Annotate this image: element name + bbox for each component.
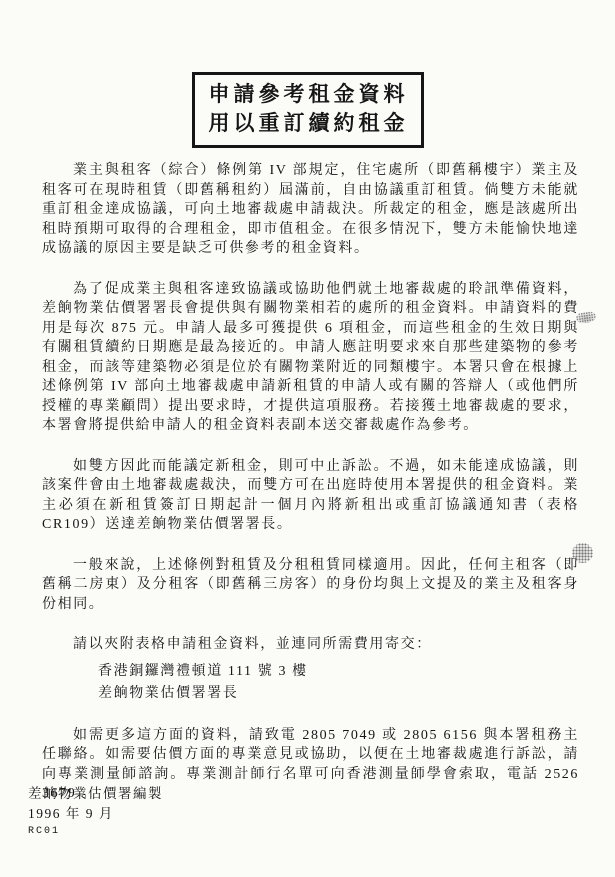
- footer-reference-code: RC01: [28, 824, 163, 840]
- mailing-address-block: 香港銅鑼灣禮頓道 111 號 3 樓 差餉物業估價署署長: [98, 661, 579, 705]
- document-title-line-1: 申請參考租金資料: [209, 80, 409, 109]
- paragraph-3: 如雙方因此而能議定新租金，則可中止訴訟。不過，如未能達成協議，則該案件會由土地審…: [42, 457, 579, 535]
- scanned-document-page: 申請參考租金資料 用以重訂續約租金 業主與租客（綜合）條例第 IV 部規定，住宅…: [0, 0, 615, 877]
- hole-punch-mark: [572, 543, 593, 563]
- document-footer: 差餉物業估價署編製 1996 年 9 月 RC01: [28, 784, 163, 840]
- footer-date: 1996 年 9 月: [28, 804, 163, 824]
- paragraph-1: 業主與租客（綜合）條例第 IV 部規定，住宅處所（即舊稱樓宇）業主及租客可在現時…: [42, 161, 579, 259]
- mailing-instruction: 請以夾附表格申請租金資料，並連同所需費用寄交：: [42, 635, 579, 655]
- document-title-box: 申請參考租金資料 用以重訂續約租金: [192, 72, 424, 148]
- mailing-address-line-2: 差餉物業估價署署長: [98, 683, 579, 705]
- document-body: 業主與租客（綜合）條例第 IV 部規定，住宅處所（即舊稱樓宇）業主及租客可在現時…: [42, 161, 579, 825]
- mailing-address-line-1: 香港銅鑼灣禮頓道 111 號 3 樓: [98, 661, 579, 683]
- footer-publisher: 差餉物業估價署編製: [28, 784, 163, 804]
- paragraph-2: 為了促成業主與租客達致協議或協助他們就土地審裁處的聆訊準備資料，差餉物業估價署署…: [42, 280, 579, 436]
- paragraph-4: 一般來說，上述條例對租賃及分租租賃同樣適用。因此，任何主租客（即舊稱二房東）及分…: [42, 556, 579, 615]
- scan-smudge-mark: [575, 311, 596, 325]
- document-title-line-2: 用以重訂續約租金: [209, 109, 409, 138]
